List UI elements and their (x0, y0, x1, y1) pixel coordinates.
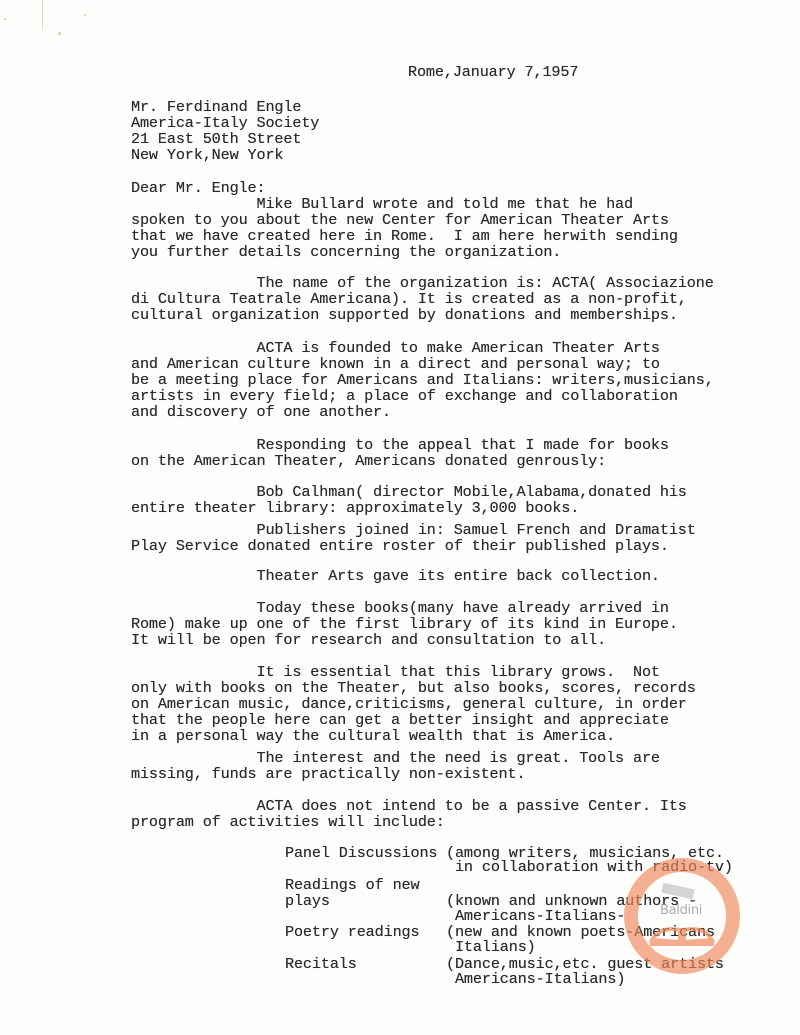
paragraph-line: It will be open for research and consult… (131, 632, 606, 648)
recipient-organization: America-Italy Society (131, 115, 319, 131)
paragraph-line: spoken to you about the new Center for A… (131, 212, 669, 228)
paper-fleck (84, 14, 86, 16)
paragraph-line: in a personal way the cultural wealth th… (131, 728, 615, 744)
activity-name: Recitals (285, 956, 357, 972)
activity-name: plays (285, 893, 330, 909)
letter-page: Rome,January 7,1957 Mr. Ferdinand Engle … (0, 0, 800, 1035)
date-line: Rome,January 7,1957 (408, 64, 578, 80)
activity-name: Poetry readings (285, 924, 419, 940)
paragraph-line: Rome) make up one of the first library o… (131, 616, 678, 632)
paper-fleck (58, 32, 61, 35)
activity-description: in collaboration with radio-tv) (446, 859, 733, 875)
activity-name: Panel Discussions (285, 845, 437, 861)
paragraph-line: missing, funds are practically non-exist… (131, 766, 525, 782)
paper-crease (42, 0, 43, 30)
paragraph-line: ACTA does not intend to be a passive Cen… (131, 798, 687, 814)
paragraph-line: The name of the organization is: ACTA( A… (131, 275, 714, 291)
paragraph-line: on American music, dance,criticisms, gen… (131, 696, 687, 712)
paragraph-line: artists in every field; a place of excha… (131, 388, 678, 404)
paragraph-line: It is essential that this library grows.… (131, 664, 660, 680)
paragraph-line: The interest and the need is great. Tool… (131, 750, 660, 766)
paragraph-line: be a meeting place for Americans and Ita… (131, 372, 714, 388)
recipient-city: New York,New York (131, 147, 283, 163)
paragraph-line: Play Service donated entire roster of th… (131, 538, 669, 554)
paragraph-line: Publishers joined in: Samuel French and … (131, 522, 696, 538)
paragraph-line: and American culture known in a direct a… (131, 356, 660, 372)
paragraph-line: Theater Arts gave its entire back collec… (131, 568, 660, 584)
paper-fleck (4, 18, 6, 20)
paragraph-line: that the people here can get a better in… (131, 712, 669, 728)
paragraph-line: ACTA is founded to make American Theater… (131, 340, 660, 356)
paragraph-line: on the American Theater, Americans donat… (131, 453, 606, 469)
paragraph-line: entire theater library: approximately 3,… (131, 500, 579, 516)
paragraph-line: Today these books(many have already arri… (131, 600, 669, 616)
recipient-name: Mr. Ferdinand Engle (131, 99, 301, 115)
paragraph-line: and discovery of one another. (131, 404, 391, 420)
paragraph-line: that we have created here in Rome. I am … (131, 228, 678, 244)
paragraph-line: di Cultura Teatrale Americana). It is cr… (131, 291, 687, 307)
recipient-street: 21 East 50th Street (131, 131, 301, 147)
activity-description: Italians) (446, 939, 536, 955)
paragraph-line: you further details concerning the organ… (131, 244, 561, 260)
activity-name: Readings of new (285, 877, 419, 893)
paragraph-line: program of activities will include: (131, 814, 445, 830)
activity-description: Americans-Italians- (446, 908, 625, 924)
salutation: Dear Mr. Engle: (131, 180, 265, 196)
paragraph-line: Responding to the appeal that I made for… (131, 437, 669, 453)
paragraph-line: only with books on the Theater, but also… (131, 680, 696, 696)
paragraph-line: Mike Bullard wrote and told me that he h… (131, 196, 633, 212)
activity-description: Americans-Italians) (446, 971, 625, 987)
paragraph-line: cultural organization supported by donat… (131, 307, 678, 323)
paragraph-line: Bob Calhman( director Mobile,Alabama,don… (131, 484, 687, 500)
